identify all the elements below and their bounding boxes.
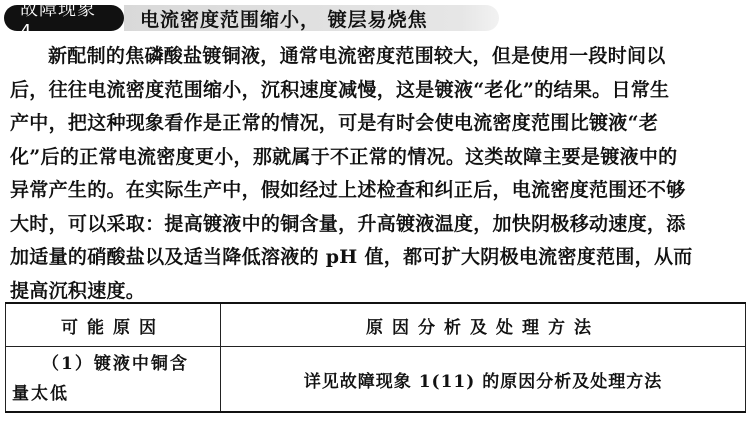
body-paragraph: 新配制的焦磷酸盐镀铜液，通常电流密度范围较大，但是使用一段时间以 后，往往电流密…	[10, 40, 748, 308]
cause-cell: （1）镀液中铜含 量太低	[6, 347, 221, 413]
cause-text-line1: （1）镀液中铜含	[12, 349, 214, 379]
table-header-row: 可能原因 原因分析及处理方法	[6, 303, 746, 347]
header-possible-cause: 可能原因	[6, 303, 221, 347]
paragraph-line: 产中，把这种现象看作是正常的情况，可是有时会使电流密度范围比镀液“老	[10, 107, 748, 141]
table-row: （1）镀液中铜含 量太低 详见故障现象 1(11) 的原因分析及处理方法	[6, 347, 746, 413]
heading-title: 电流密度范围缩小， 镀层易烧焦	[140, 5, 428, 32]
section-heading: 故障现象 4 电流密度范围缩小， 镀层易烧焦	[4, 5, 428, 31]
paragraph-line: 后，往往电流密度范围缩小，沉积速度减慢，这是镀液“老化”的结果。日常生	[10, 74, 748, 108]
cause-text-line2: 量太低	[12, 379, 214, 409]
paragraph-line: 大时，可以采取：提高镀液中的铜含量，升高镀液温度，加快阴极移动速度，添	[10, 208, 748, 242]
paragraph-line: 加适量的硝酸盐以及适当降低溶液的 pH 值，都可扩大阴极电流密度范围，从而	[10, 241, 748, 275]
paragraph-line: 异常产生的。在实际生产中，假如经过上述检查和纠正后，电流密度范围还不够	[10, 174, 748, 208]
fault-label-pill: 故障现象 4	[4, 5, 124, 31]
cause-analysis-table: 可能原因 原因分析及处理方法 （1）镀液中铜含 量太低 详见故障现象 1(11)…	[5, 302, 746, 413]
paragraph-line: 新配制的焦磷酸盐镀铜液，通常电流密度范围较大，但是使用一段时间以	[10, 40, 748, 74]
fault-label: 故障现象 4	[20, 0, 106, 42]
header-analysis-method: 原因分析及处理方法	[221, 303, 746, 347]
paragraph-line: 化”后的正常电流密度更小，那就属于不正常的情况。这类故障主要是镀液中的	[10, 141, 748, 175]
method-cell: 详见故障现象 1(11) 的原因分析及处理方法	[221, 347, 746, 413]
